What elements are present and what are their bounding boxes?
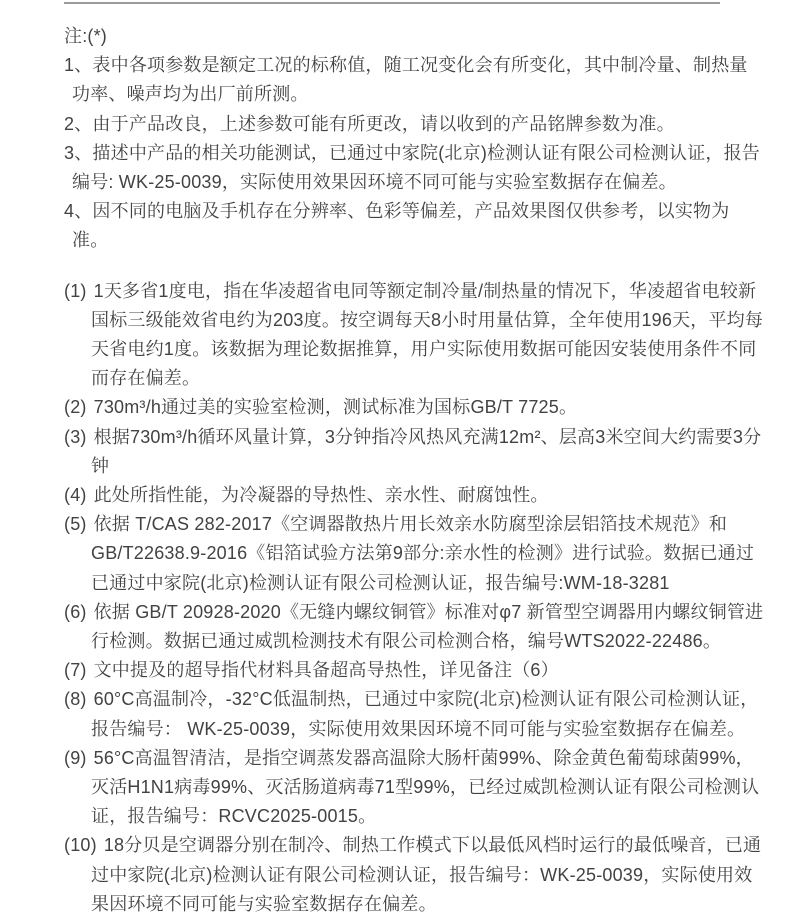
top-divider xyxy=(64,2,720,4)
footnote-marker: (8) xyxy=(64,689,87,709)
footnote-text: 依据 T/CAS 282-2017《空调器散热片用长效亲水防腐型涂层铝箔技术规范… xyxy=(91,514,754,592)
general-notes-list: 1、表中各项参数是额定工况的标称值，随工况变化会有所变化，其中制冷量、制热量功率… xyxy=(64,51,764,255)
footnote-7: (7)文中提及的超导指代材料具备超高导热性，详见备注（6） xyxy=(64,656,764,685)
footnote-marker: (6) xyxy=(64,602,87,622)
footnote-marker: (1) xyxy=(64,281,87,301)
footnote-text: 根据730m³/h循环风量计算，3分钟指冷风热风充满12m²、层高3米空间大约需… xyxy=(91,427,761,476)
footnote-9: (9)56°C高温智清洁，是指空调蒸发器高温除大肠杆菌99%、除金黄色葡萄球菌9… xyxy=(64,744,764,832)
footnote-marker: (2) xyxy=(64,397,87,417)
footnote-marker: (5) xyxy=(64,514,87,534)
note-text: 因不同的电脑及手机存在分辨率、色彩等偏差，产品效果图仅供参考，以实物为准。 xyxy=(72,201,729,250)
footnote-1: (1)1天多省1度电，指在华凌超省电同等额定制冷量/制热量的情况下，华凌超省电较… xyxy=(64,277,764,394)
general-note-1: 1、表中各项参数是额定工况的标称值，随工况变化会有所变化，其中制冷量、制热量功率… xyxy=(64,51,764,109)
notes-content: 注:(*) 1、表中各项参数是额定工况的标称值，随工况变化会有所变化，其中制冷量… xyxy=(64,22,764,912)
footnote-text: 1天多省1度电，指在华凌超省电同等额定制冷量/制热量的情况下，华凌超省电较新国标… xyxy=(91,281,763,389)
footnote-text: 56°C高温智清洁，是指空调蒸发器高温除大肠杆菌99%、除金黄色葡萄球菌99%，… xyxy=(91,748,759,826)
footnote-marker: (10) xyxy=(64,835,97,855)
footnote-text: 18分贝是空调器分别在制冷、制热工作模式下以最低风档时运行的最低噪音，已通过中家… xyxy=(91,835,761,912)
footnote-3: (3)根据730m³/h循环风量计算，3分钟指冷风热风充满12m²、层高3米空间… xyxy=(64,423,764,481)
note-marker: 4、 xyxy=(64,201,92,221)
notes-heading: 注:(*) xyxy=(64,22,764,51)
footnote-marker: (3) xyxy=(64,427,87,447)
footnote-marker: (9) xyxy=(64,748,87,768)
note-marker: 3、 xyxy=(64,143,92,163)
product-notes-page: 注:(*) 1、表中各项参数是额定工况的标称值，随工况变化会有所变化，其中制冷量… xyxy=(0,0,790,912)
footnote-marker: (4) xyxy=(64,485,87,505)
general-note-4: 4、因不同的电脑及手机存在分辨率、色彩等偏差，产品效果图仅供参考，以实物为准。 xyxy=(64,197,764,255)
footnote-4: (4)此处所指性能，为冷凝器的导热性、亲水性、耐腐蚀性。 xyxy=(64,481,764,510)
general-note-2: 2、由于产品改良，上述参数可能有所更改，请以收到的产品铭牌参数为准。 xyxy=(64,110,764,139)
note-marker: 2、 xyxy=(64,114,92,134)
footnote-text: 依据 GB/T 20928-2020《无缝内螺纹铜管》标准对φ7 新管型空调器用… xyxy=(91,602,763,651)
footnote-text: 730m³/h通过美的实验室检测，测试标准为国标GB/T 7725。 xyxy=(94,397,578,417)
footnote-text: 60°C高温制冷，-32°C低温制热，已通过中家院(北京)检测认证有限公司检测认… xyxy=(91,689,758,738)
footnote-8: (8)60°C高温制冷，-32°C低温制热，已通过中家院(北京)检测认证有限公司… xyxy=(64,685,764,743)
footnote-10: (10)18分贝是空调器分别在制冷、制热工作模式下以最低风档时运行的最低噪音，已… xyxy=(64,831,764,912)
footnote-5: (5)依据 T/CAS 282-2017《空调器散热片用长效亲水防腐型涂层铝箔技… xyxy=(64,510,764,598)
footnotes-list: (1)1天多省1度电，指在华凌超省电同等额定制冷量/制热量的情况下，华凌超省电较… xyxy=(64,277,764,912)
note-text: 描述中产品的相关功能测试，已通过中家院(北京)检测认证有限公司检测认证，报告编号… xyxy=(72,143,760,192)
footnote-text: 文中提及的超导指代材料具备超高导热性，详见备注（6） xyxy=(94,660,559,680)
note-text: 表中各项参数是额定工况的标称值，随工况变化会有所变化，其中制冷量、制热量功率、噪… xyxy=(72,55,748,104)
footnote-marker: (7) xyxy=(64,660,87,680)
footnote-6: (6)依据 GB/T 20928-2020《无缝内螺纹铜管》标准对φ7 新管型空… xyxy=(64,598,764,656)
note-marker: 1、 xyxy=(64,55,92,75)
footnote-2: (2)730m³/h通过美的实验室检测，测试标准为国标GB/T 7725。 xyxy=(64,393,764,422)
note-text: 由于产品改良，上述参数可能有所更改，请以收到的产品铭牌参数为准。 xyxy=(92,114,674,134)
footnote-text: 此处所指性能，为冷凝器的导热性、亲水性、耐腐蚀性。 xyxy=(94,485,549,505)
general-note-3: 3、描述中产品的相关功能测试，已通过中家院(北京)检测认证有限公司检测认证，报告… xyxy=(64,139,764,197)
